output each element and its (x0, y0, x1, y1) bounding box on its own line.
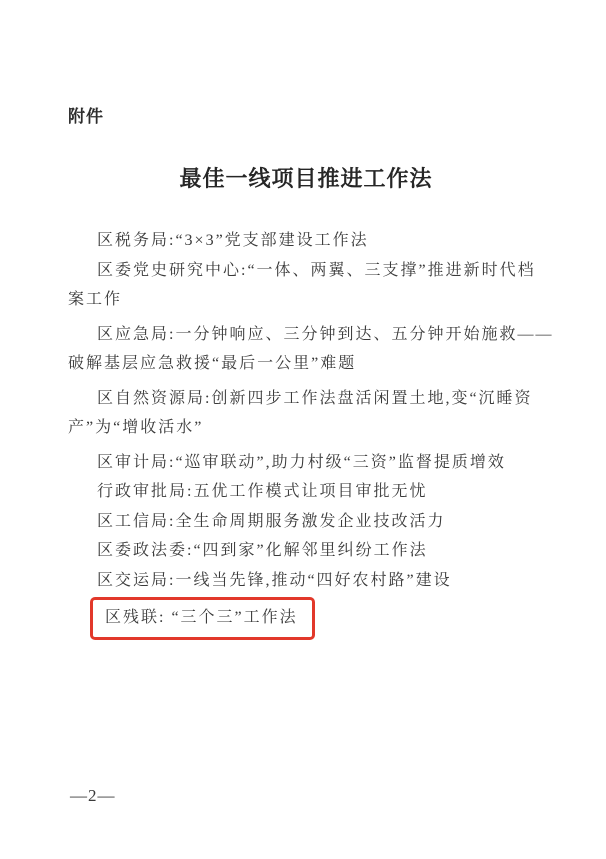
list-item: 行政审批局:五优工作模式让项目审批无忧 (68, 477, 544, 507)
list-item-text: 区税务局:“3×3”党支部建设工作法 (68, 226, 544, 256)
list-item: 区交运局:一线当先锋,推动“四好农村路”建设 (68, 566, 544, 596)
list-item-text: 破解基层应急救援“最后一公里”难题 (68, 349, 544, 379)
list-item: 区税务局:“3×3”党支部建设工作法 (68, 226, 544, 256)
list-item-text: 区残联: “三个三”工作法 (105, 609, 298, 626)
list-item: 区委党史研究中心:“一体、两翼、三支撑”推进新时代档 案工作 (68, 256, 544, 315)
list-item-text: 区交运局:一线当先锋,推动“四好农村路”建设 (68, 566, 544, 596)
list-item-text: 行政审批局:五优工作模式让项目审批无忧 (68, 477, 544, 507)
list-item-text: 区工信局:全生命周期服务激发企业技改活力 (68, 507, 544, 537)
list-item-text: 区委政法委:“四到家”化解邻里纠纷工作法 (68, 536, 544, 566)
list-item: 区自然资源局:创新四步工作法盘活闲置土地,变“沉睡资 产”为“增收活水” (68, 384, 544, 443)
list-item-text: 案工作 (68, 285, 544, 315)
list-item: 区审计局:“巡审联动”,助力村级“三资”监督提质增效 (68, 448, 544, 478)
list-item: 区应急局:一分钟响应、三分钟到达、五分钟开始施救—— 破解基层应急救援“最后一公… (68, 320, 544, 379)
list-item: 区委政法委:“四到家”化解邻里纠纷工作法 (68, 536, 544, 566)
list-item-text: 区委党史研究中心:“一体、两翼、三支撑”推进新时代档 (68, 256, 544, 286)
list-item-text: 区自然资源局:创新四步工作法盘活闲置土地,变“沉睡资 (68, 384, 544, 414)
list-item-highlighted: 区残联: “三个三”工作法 (68, 595, 544, 640)
highlight-box: 区残联: “三个三”工作法 (90, 597, 315, 640)
list-item-text: 区审计局:“巡审联动”,助力村级“三资”监督提质增效 (68, 448, 544, 478)
list-item: 区工信局:全生命周期服务激发企业技改活力 (68, 507, 544, 537)
page-number: —2— (70, 786, 116, 806)
list-item-text: 区应急局:一分钟响应、三分钟到达、五分钟开始施救—— (68, 320, 544, 350)
document-page: 附件 最佳一线项目推进工作法 区税务局:“3×3”党支部建设工作法 区委党史研究… (0, 0, 606, 859)
work-method-list: 区税务局:“3×3”党支部建设工作法 区委党史研究中心:“一体、两翼、三支撑”推… (68, 226, 544, 640)
list-item-text: 产”为“增收活水” (68, 413, 544, 443)
attachment-label: 附件 (68, 106, 544, 128)
page-title: 最佳一线项目推进工作法 (68, 162, 544, 196)
